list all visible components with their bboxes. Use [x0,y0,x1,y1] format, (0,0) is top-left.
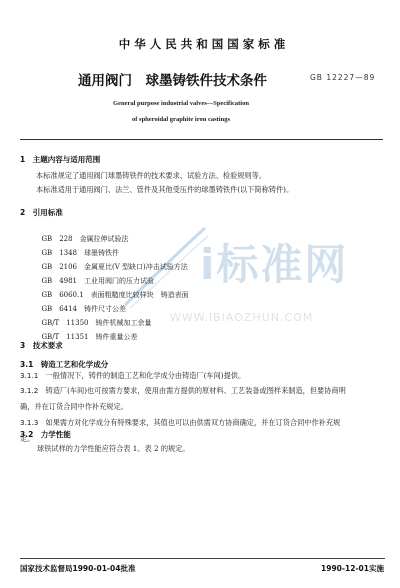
approval-date: 国家技术监督局1990-01-04批准 [20,563,135,574]
watermark-logo-text: i标准网 [200,232,348,292]
implementation-date: 1990-12-01实施 [321,563,384,574]
watermark-url: WWW.IBIAOZHUN.COM [170,311,313,324]
national-standard-heading: 中华人民共和国国家标准 [0,36,400,52]
section-2-heading: 2 引用标准 [20,207,63,218]
clause-3-1-1: 3.1.1 一般情况下，铸件的制造工艺和化学成分由铸造厂(车间)提供。 [20,369,385,383]
document-title-en: General purpose industrial valves—Specif… [0,96,400,128]
clause-number: 3.1.2 [20,386,38,395]
clause-3-1-3: 3.1.3 如果需方对化学成分有特殊要求，其值也可以由供需双方协商确定，并在订货… [20,416,390,446]
clause-text-line1: 如果需方对化学成分有特殊要求，其值也可以由供需双方协商确定，并在订货合同中作补充… [46,418,341,427]
section-1-para-2: 本标准适用于通用阀门、法兰、管件及其他受压件的球墨铸铁件(以下简称铸件)。 [36,185,293,195]
clause-text-line1: 铸造厂(车间)也可按需方要求，使用由需方提供的原材料、工艺装备或图样来制造，但要… [46,386,346,395]
title-en-line2: of spheroidal graphite iron castings [0,112,362,128]
header-divider [20,139,383,140]
section-1-heading: 1 主题内容与适用范围 [20,154,100,165]
title-en-line1: General purpose industrial valves—Specif… [0,96,362,112]
section-3-2-heading: 3.2 力学性能 [20,429,71,440]
section-3-2-para: 球铁试样的力学性能应符合表 1、表 2 的规定。 [37,444,190,454]
standard-number: GB 12227—89 [310,73,375,82]
clause-3-1-2: 3.1.2 铸造厂(车间)也可按需方要求，使用由需方提供的原材料、工艺装备或图样… [20,384,390,414]
clause-number: 3.1.3 [20,418,38,427]
section-3-heading: 3 技术要求 [20,340,63,351]
clause-text-line2: 确，并在订货合同中作补充规定。 [20,400,390,414]
footer-divider [20,558,385,559]
reference-title: 铸件重量公差 [95,333,137,341]
document-title-cn: 通用阀门 球墨铸铁件技术条件 [78,69,267,89]
clause-number: 3.1.1 [20,371,38,380]
section-1-para-1: 本标准规定了通用阀门球墨铸铁件的技术要求、试验方法、检验规则等。 [36,171,266,181]
clause-text: 一般情况下，铸件的制造工艺和化学成分由铸造厂(车间)提供。 [46,371,246,380]
